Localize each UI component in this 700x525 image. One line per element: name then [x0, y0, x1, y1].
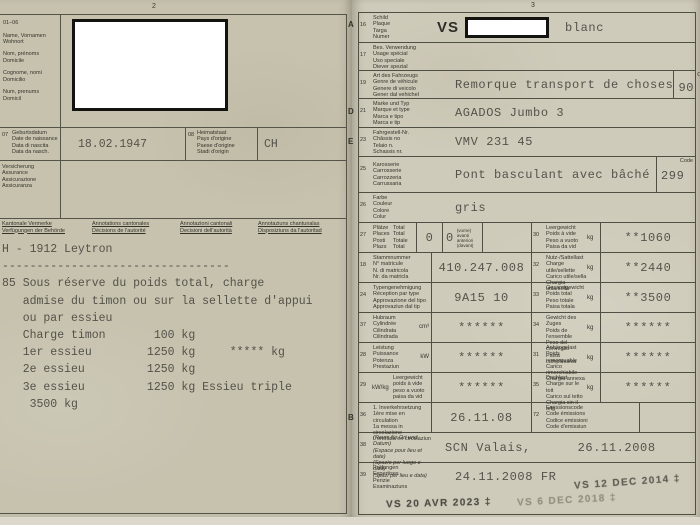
field-number: 26 [359, 193, 372, 222]
body-labels: Karosserie Carrosserie Carrozzeria Carru… [373, 162, 431, 187]
displacement-value: ****** [458, 321, 505, 335]
row-plate: 16 Schild Plaque Targa Numer VS blanc [359, 13, 695, 43]
field-roof-load: 35 Dachlast Charge sur le toit Carico su… [531, 373, 695, 402]
field-number: 33 [532, 283, 545, 312]
power-value: ****** [458, 351, 505, 365]
code-cell: Code 299 [656, 157, 695, 192]
vehicle-kind-value: Remorque transport de choses [455, 78, 673, 92]
field-number: 18 [359, 253, 372, 282]
unit-label: kg [587, 385, 600, 391]
inspections-labels: Prüfungen Expertises Perizie Examinaziun… [373, 465, 431, 490]
colour-value: gris [455, 201, 486, 215]
field-empty-weight: 30 Leergewicht Poids à vide Peso a vuoto… [531, 223, 695, 252]
row-typeapproval-totalweight: 24 Typengenehmigung Réception par type A… [359, 283, 695, 313]
make-labels: Marke und Typ Marque et type Marca e tip… [373, 101, 431, 126]
colour-labels: Farbe Couleur Colore Colur [373, 195, 431, 220]
field-insurance-labels: Versicherung Assurance Assicurazione Ass… [2, 164, 57, 189]
unit-label: kW [420, 354, 429, 360]
section-letter-b: B [348, 413, 354, 422]
page-number-3: 3 [531, 2, 535, 9]
field-number: 24 [359, 283, 372, 312]
payload-value: **2440 [625, 261, 672, 275]
annotations-header-de: Kantonale Vermerke Verfügungen der Behör… [2, 221, 88, 234]
field-number: 17 [359, 43, 372, 70]
power-per-weight-value: ****** [458, 381, 505, 395]
type-approval-labels: Typengenehmigung Réception par type Appr… [373, 285, 431, 310]
plate-color-note: blanc [565, 21, 604, 35]
redaction-box [72, 19, 228, 111]
row-chassis: 23 Fahrgestell-Nr. Châssis no Telaio n. … [359, 128, 695, 157]
code-label: Code [680, 158, 693, 164]
unit-label: kg [587, 295, 600, 301]
field-stock-number: 18 Stammnummer N° matricule N. di matric… [359, 253, 531, 282]
field-number: 16 [359, 13, 372, 42]
section-letter-a: A [348, 20, 354, 29]
field-number: 30 [532, 223, 545, 252]
row-powerperweight-roofload: 29 kW/kg Leergewicht poids à vide peso a… [359, 373, 695, 403]
field-seats: 27 Plätze Places Posti Plazs Total Total… [359, 223, 531, 252]
row-vehicle-kind: 19 Art des Fahrzeugs Genre de véhicule G… [359, 71, 695, 99]
plate-canton: VS [437, 19, 459, 36]
unit-label: kg [587, 265, 600, 271]
first-registration-value: 26.11.08 [450, 411, 512, 425]
row-seats-emptyweight: 27 Plätze Places Posti Plazs Total Total… [359, 223, 695, 253]
unit-label: kg [587, 325, 600, 331]
annotations-header-rm: Annotaziuns chantunalas Disposiziuns da … [258, 221, 344, 234]
row-stocknumber-payload: 18 Stammnummer N° matricule N. di matric… [359, 253, 695, 283]
unit-label: kW/kg [372, 373, 392, 402]
stock-number-value: 410.247.008 [439, 261, 525, 275]
vehicle-data-table: 16 Schild Plaque Targa Numer VS blanc 17… [358, 12, 696, 515]
row-make-type: 21 Marke und Typ Marque et type Marca e … [359, 99, 695, 128]
total-weight-value: **3500 [625, 291, 672, 305]
field-number: 31 [532, 343, 545, 372]
row-place-date: 38 (Raum für Ort und Datum) (Espace pour… [359, 433, 695, 463]
field-type-approval: 24 Typengenehmigung Réception par type A… [359, 283, 531, 312]
field-number: 08 [188, 132, 194, 138]
rule [0, 513, 347, 514]
rule [0, 127, 347, 128]
field-number: 34 [532, 313, 545, 342]
field-origin-labels: Heimatstaat Pays d'origine Paese d'origi… [197, 130, 252, 155]
body-value: Pont basculant avec bâché [455, 168, 650, 182]
row-body: 25 Karosserie Carrosserie Carrozzeria Ca… [359, 157, 695, 193]
field-number: 36 [359, 403, 372, 432]
field-power-per-weight: 29 kW/kg Leergewicht poids à vide peso a… [359, 373, 531, 402]
rule [0, 14, 347, 15]
row-colour: 26 Farbe Couleur Colore Colur gris [359, 193, 695, 223]
trailer-load-value: ****** [625, 351, 672, 365]
field-number: 07 [2, 132, 8, 138]
redaction-box-plate [465, 17, 549, 38]
chassis-labels: Fahrgestell-Nr. Châssis no Telaio n. Sch… [373, 130, 431, 155]
field-number: 35 [532, 373, 545, 402]
power-per-weight-labels: Leergewicht poids à vide peso a vuoto pa… [393, 375, 431, 400]
type-approval-value: 9A15 10 [454, 291, 509, 305]
rule [257, 127, 258, 160]
stock-number-labels: Stammnummer N° matricule N. di matricola… [373, 255, 431, 280]
rule [185, 127, 186, 160]
field-number: 32 [532, 253, 545, 282]
special-use-labels: Bes. Verwendung Usage spécial Uso specia… [373, 45, 431, 70]
annotations-header-fr: Annotations cantonales Décisions de l'au… [92, 221, 176, 234]
section-letter-d: D [348, 107, 354, 116]
rule [0, 160, 347, 161]
row-displacement-trainweight: 37 Hubraum Cylindrée Cilindrata Cilindra… [359, 313, 695, 343]
field-total-weight: 33 Gesamtgewicht Poids total Peso totale… [531, 283, 695, 312]
field-birthdate-labels: Geburtsdatum Date de naissance Data di n… [12, 130, 60, 155]
field-number: 29 [359, 373, 372, 402]
field-number: 25 [359, 157, 372, 192]
seats-front-value: 0 [446, 231, 454, 245]
vehicle-kind-code: 90 [674, 71, 700, 95]
train-weight-value: ****** [625, 321, 672, 335]
scanned-vehicle-permit: 2 01–06 Name, Vornamen Wohnort Nom, prén… [0, 0, 700, 525]
field-number: 72 [532, 403, 545, 432]
page-number-2: 2 [152, 3, 156, 10]
annotations-header-it: Annotazioni cantonali Decisioni dell'aut… [180, 221, 254, 234]
field-number: 21 [359, 99, 372, 127]
empty-weight-value: **1060 [625, 231, 672, 245]
unit-label: kg [587, 235, 600, 241]
make-value: AGADOS Jumbo 3 [455, 106, 564, 120]
rule [0, 218, 347, 219]
inspections-value: 24.11.2008 FR [455, 470, 556, 484]
field-emission-code: 72 Emissionscode Code émissions Codice e… [531, 403, 695, 432]
seats-total-value: 0 [426, 231, 434, 245]
field-number: 28 [359, 343, 372, 372]
emission-code-labels: Emissionscode Code émissions Codice emis… [546, 405, 639, 430]
code-cell: Code 90 [673, 71, 700, 98]
empty-weight-labels: Leergewicht Poids à vide Peso a vuoto Pa… [546, 225, 587, 250]
field-number: 23 [359, 128, 372, 156]
field-payload: 32 Nutz-/Sattellast Charge utile/sellett… [531, 253, 695, 282]
row-power-trailerload: 28 Leistung Puissance Potenza Prestaziun… [359, 343, 695, 373]
rule [60, 14, 61, 218]
place-date-value: SCN Valais, 26.11.2008 [445, 441, 656, 455]
permit-page-2: 2 01–06 Name, Vornamen Wohnort Nom, prén… [0, 0, 352, 517]
seats-labels: Plätze Places Posti Plazs [373, 225, 392, 250]
total-weight-labels: Gesamtgewicht Poids total Peso totale Pa… [546, 285, 587, 310]
field-trailer-load: 31 Anhängelast Poids remorquable Carico … [531, 343, 695, 372]
plate-labels: Schild Plaque Targa Numer [373, 15, 431, 40]
row-firstreg-emission: 36 1. Inverkehrsetzung 1ère mise en circ… [359, 403, 695, 433]
chassis-value: VMV 231 45 [455, 135, 533, 149]
field-displacement: 37 Hubraum Cylindrée Cilindrata Cilindra… [359, 313, 531, 342]
field-first-registration: 36 1. Inverkehrsetzung 1ère mise en circ… [359, 403, 531, 432]
roof-load-value: ****** [625, 381, 672, 395]
field-number: 38 [359, 433, 372, 462]
birthdate-value: 18.02.1947 [78, 136, 147, 153]
field-number: 37 [359, 313, 372, 342]
seats-total-labels: Total Total Totale Total [393, 225, 416, 250]
field-number: 39 [359, 463, 372, 514]
empty-cell [482, 223, 531, 252]
field-identity-labels: 01–06 Name, Vornamen Wohnort Nom, prénom… [3, 20, 58, 102]
origin-value: CH [264, 136, 278, 153]
unit-label: cm³ [419, 324, 429, 330]
row-special-use: 17 Bes. Verwendung Usage spécial Uso spe… [359, 43, 695, 71]
field-train-weight: 34 Gewicht des Zuges Poids de l'ensemble… [531, 313, 695, 342]
unit-label: kg [587, 355, 600, 361]
section-letter-e: E [348, 137, 353, 146]
vehicle-kind-labels: Art des Fahrzeugs Genre de véhicule Gene… [373, 73, 431, 98]
field-power: 28 Leistung Puissance Potenza Prestaziun… [359, 343, 531, 372]
field-number: 27 [359, 223, 372, 252]
rule [346, 14, 347, 513]
seats-front-labels: (vorne) avanti anteriori (davant) [457, 228, 474, 248]
annotations-text: H - 1912 Leytron -----------------------… [2, 241, 313, 413]
field-number: 19 [359, 71, 372, 98]
